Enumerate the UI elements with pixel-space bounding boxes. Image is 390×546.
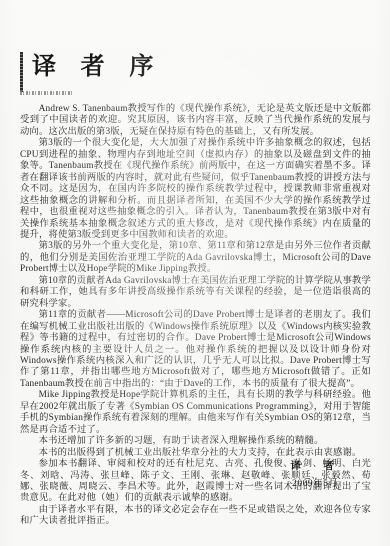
- title-accent-bar-decoration: [20, 52, 23, 92]
- preface-paragraph: 第10章的贡献者Ada Gavrilovska博士在美国佐治亚理工学院的计算学院…: [20, 276, 371, 310]
- preface-paragraph: Andrew S. Tanenbaum教授写作的《现代操作系统》，无论是英文版还…: [20, 104, 371, 138]
- title-smallprint-decoration: [20, 91, 72, 95]
- title-block: 译 者 序: [20, 50, 162, 92]
- scanned-preface-page: 译 者 序 Andrew S. Tanenbaum教授写作的《现代操作系统》，无…: [0, 0, 390, 546]
- preface-paragraph: 第3版的一个很大变化是，大大加强了对操作系统中许多抽象概念的叙述，包括CPU到进…: [20, 138, 371, 241]
- signature-block: 译 者 2009年5月: [291, 458, 341, 489]
- preface-paragraph: 第11章的贡献者——Microsoft公司的Dave Probert博士是译者的…: [20, 310, 371, 390]
- preface-paragraph: 由于译者水平有限，本书的译文必定会存在一些不足或错误之处，欢迎各位专家和广大读者…: [20, 505, 371, 528]
- publication-date: 2009年5月: [291, 475, 341, 489]
- preface-paragraph: 第3版的另外一个重大变化是，第10章、第11章和第12章是由另外三位作者贡献的，…: [20, 241, 371, 275]
- page-title: 译 者 序: [32, 50, 162, 84]
- preface-paragraph: 本书还增加了许多新的习题，有助于读者深入理解操作系统的精髓。: [20, 436, 371, 447]
- preface-paragraph: Mike Jipping教授是Hope学院计算机系的主任，具有长期的教学与科研经…: [20, 390, 371, 436]
- translator-signature: 译 者: [291, 458, 341, 473]
